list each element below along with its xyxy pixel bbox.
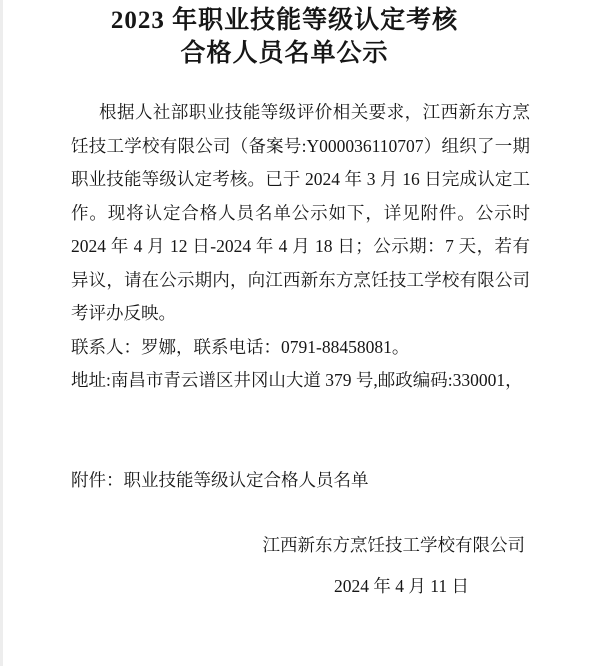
title-line-1: 2023 年职业技能等级认定考核 (3, 4, 566, 37)
document-title: 2023 年职业技能等级认定考核 合格人员名单公示 (3, 4, 600, 70)
document-body: 根据人社部职业技能等级评价相关要求，江西新东方烹 饪技工学校有限公司（备案号:Y… (3, 96, 600, 497)
signature-line: 江西新东方烹饪技工学校有限公司 (3, 529, 600, 563)
address-line: 地址:南昌市青云谱区井冈山大道 379 号,邮政编码:330001， (71, 364, 530, 398)
signature-block: 江西新东方烹饪技工学校有限公司 2024 年 4 月 11 日 (3, 529, 600, 603)
attachment-line: 附件：职业技能等级认定合格人员名单 (71, 464, 530, 498)
paragraph-line: 作。现将认定合格人员名单公示如下，详见附件。公示时间： (71, 197, 530, 231)
contact-line: 联系人：罗娜，联系电话：0791-88458081。 (71, 331, 530, 365)
paragraph-line: 异议，请在公示期内，向江西新东方烹饪技工学校有限公司 (71, 264, 530, 298)
date-line: 2024 年 4 月 11 日 (3, 570, 600, 604)
paragraph-line: 饪技工学校有限公司（备案号:Y000036110707）组织了一期 (71, 130, 530, 164)
paragraph-line: 2024 年 4 月 12 日-2024 年 4 月 18 日；公示期：7 天，… (71, 230, 530, 264)
title-line-2: 合格人员名单公示 (3, 37, 566, 70)
paragraph-line: 根据人社部职业技能等级评价相关要求，江西新东方烹 (71, 96, 530, 130)
paragraph-line: 考评办反映。 (71, 297, 530, 331)
paragraph-line: 职业技能等级认定考核。已于 2024 年 3 月 16 日完成认定工 (71, 163, 530, 197)
announcement-document: 2023 年职业技能等级认定考核 合格人员名单公示 根据人社部职业技能等级评价相… (0, 0, 600, 666)
